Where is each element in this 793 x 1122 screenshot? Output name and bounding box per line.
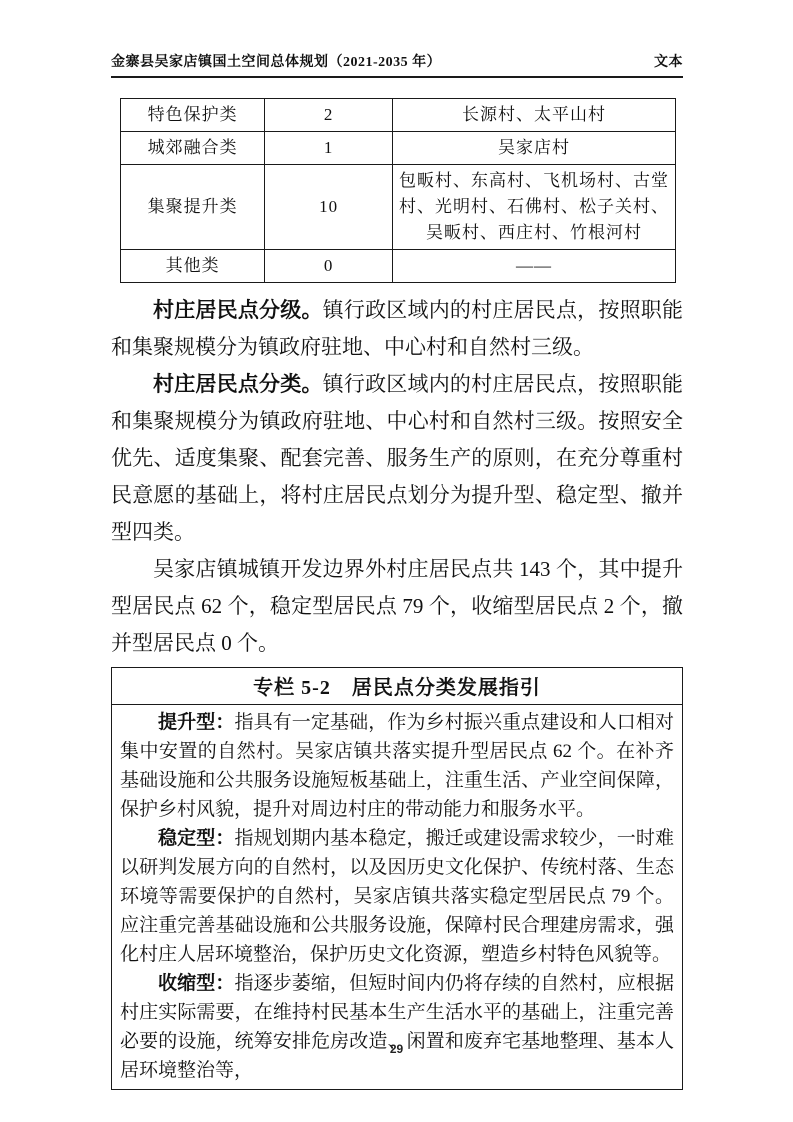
body-text: 村庄居民点分级。镇行政区域内的村庄居民点，按照职能和集聚规模分为镇政府驻地、中心… [111, 292, 683, 662]
table-row: 特色保护类 2 长源村、太平山村 [121, 99, 676, 132]
cell-villages: —— [392, 250, 675, 283]
table-row: 其他类 0 —— [121, 250, 676, 283]
panel-body: 提升型：指具有一定基础，作为乡村振兴重点建设和人口相对集中安置的自然村。吴家店镇… [112, 705, 682, 1089]
header-doc-type: 文本 [654, 51, 683, 71]
cell-count: 2 [265, 99, 393, 132]
table-row: 城郊融合类 1 吴家店村 [121, 132, 676, 165]
header-title: 金寨县吴家店镇国土空间总体规划（2021-2035 年） [111, 51, 441, 71]
cell-category: 特色保护类 [121, 99, 265, 132]
panel-item-shrinking: 收缩型：指逐步萎缩，但短时间内仍将存续的自然村，应根据村庄实际需要，在维持村民基… [120, 969, 674, 1085]
document-page: 金寨县吴家店镇国土空间总体规划（2021-2035 年） 文本 特色保护类 2 … [0, 0, 793, 1122]
cell-category: 其他类 [121, 250, 265, 283]
panel-item-upgrade: 提升型：指具有一定基础，作为乡村振兴重点建设和人口相对集中安置的自然村。吴家店镇… [120, 708, 674, 824]
paragraph-lead: 村庄居民点分类。 [153, 372, 323, 396]
cell-villages: 包畈村、东高村、飞机场村、古堂村、光明村、石佛村、松子关村、吴畈村、西庄村、竹根… [392, 165, 675, 250]
panel-item-stable: 稳定型：指规划期内基本稳定，搬迁或建设需求较少，一时难以研判发展方向的自然村，以… [120, 824, 674, 969]
paragraph-village-grading: 村庄居民点分级。镇行政区域内的村庄居民点，按照职能和集聚规模分为镇政府驻地、中心… [111, 292, 683, 366]
paragraph-text: 吴家店镇城镇开发边界外村庄居民点共 143 个，其中提升型居民点 62 个，稳定… [111, 557, 683, 655]
paragraph-lead: 村庄居民点分级。 [153, 298, 323, 322]
village-classification-table: 特色保护类 2 长源村、太平山村 城郊融合类 1 吴家店村 集聚提升类 10 包… [120, 98, 676, 283]
cell-category: 城郊融合类 [121, 132, 265, 165]
table-row: 集聚提升类 10 包畈村、东高村、飞机场村、古堂村、光明村、石佛村、松子关村、吴… [121, 165, 676, 250]
cell-category: 集聚提升类 [121, 165, 265, 250]
cell-count: 0 [265, 250, 393, 283]
cell-count: 1 [265, 132, 393, 165]
paragraph-village-classification: 村庄居民点分类。镇行政区域内的村庄居民点，按照职能和集聚规模分为镇政府驻地、中心… [111, 366, 683, 551]
page-header: 金寨县吴家店镇国土空间总体规划（2021-2035 年） 文本 [111, 51, 683, 78]
panel-item-lead: 稳定型： [158, 828, 234, 849]
cell-villages: 长源村、太平山村 [392, 99, 675, 132]
panel-title: 专栏 5-2 居民点分类发展指引 [112, 668, 682, 705]
panel-5-2: 专栏 5-2 居民点分类发展指引 提升型：指具有一定基础，作为乡村振兴重点建设和… [111, 667, 683, 1090]
panel-item-lead: 收缩型： [158, 973, 234, 994]
paragraph-text: 镇行政区域内的村庄居民点，按照职能和集聚规模分为镇政府驻地、中心村和自然村三级。… [111, 372, 683, 544]
paragraph-settlement-counts: 吴家店镇城镇开发边界外村庄居民点共 143 个，其中提升型居民点 62 个，稳定… [111, 551, 683, 662]
cell-villages: 吴家店村 [392, 132, 675, 165]
page-number: 29 [0, 1042, 793, 1056]
cell-count: 10 [265, 165, 393, 250]
panel-item-lead: 提升型： [158, 712, 234, 733]
